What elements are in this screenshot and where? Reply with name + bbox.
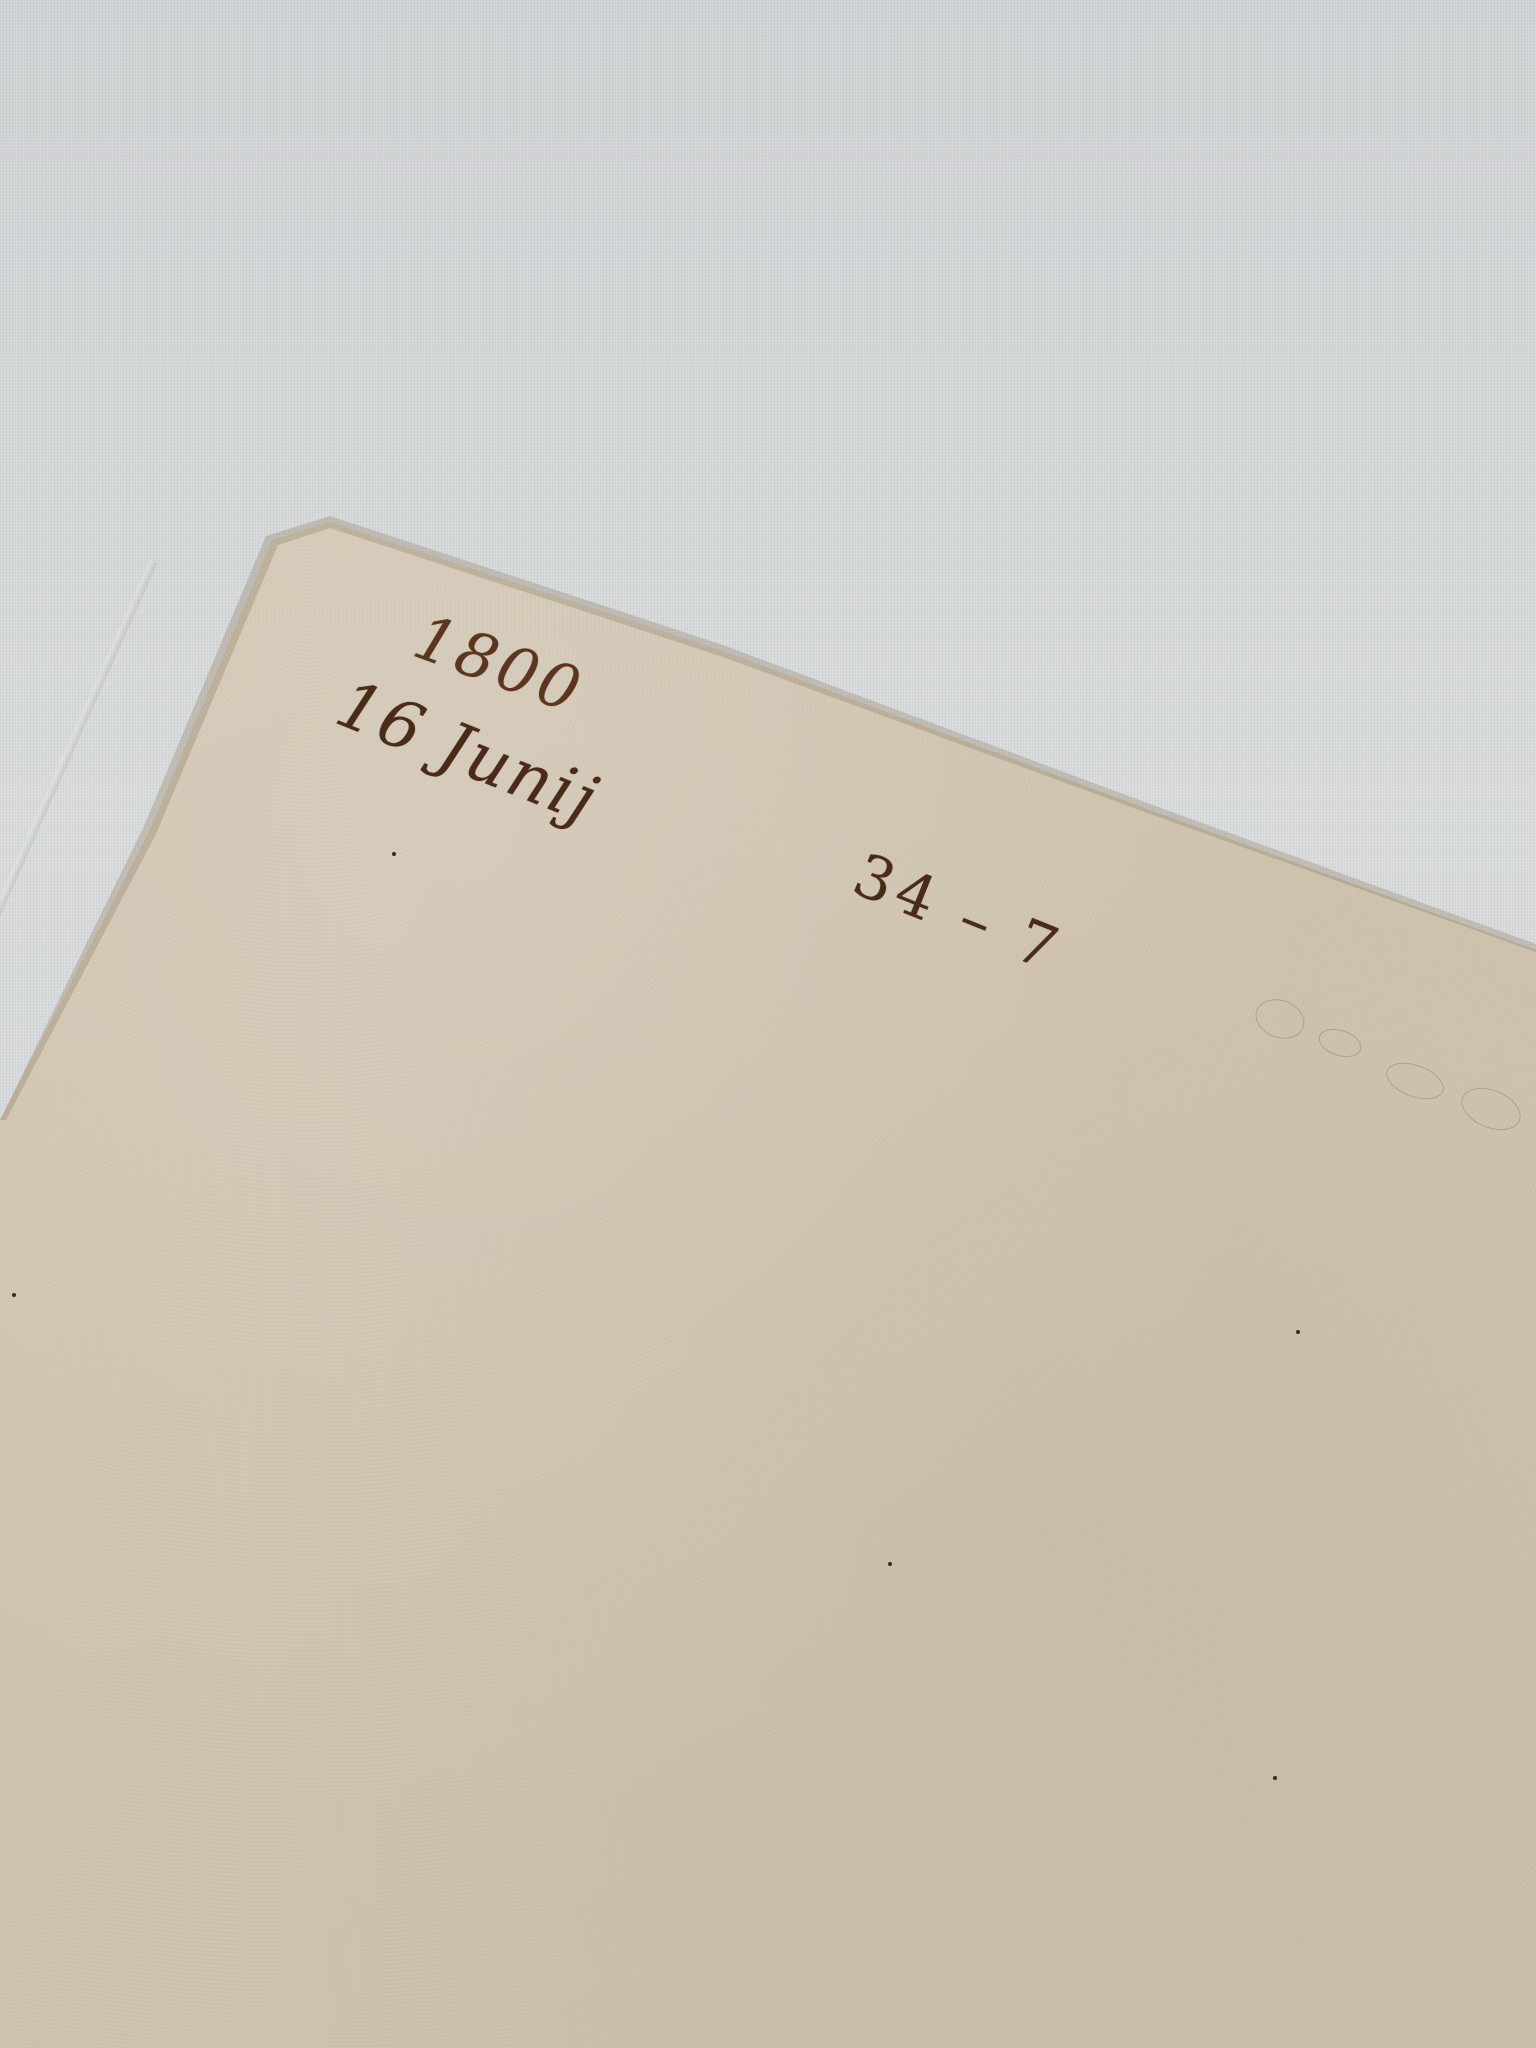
ink-speck [1273,1776,1277,1780]
ink-speck [1296,1330,1300,1334]
photo-scene: 1800 16 Junij 34 – 7 [0,0,1536,2048]
paper-document [0,0,1536,2048]
ink-speck [392,852,396,856]
ink-speck [888,1562,892,1566]
ink-speck [12,1293,16,1297]
